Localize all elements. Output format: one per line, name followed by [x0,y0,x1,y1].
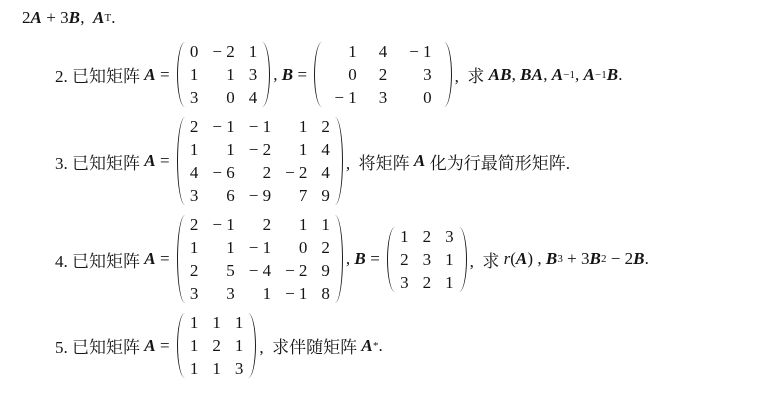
matrix-row: 4− 62− 24 [186,161,334,184]
matrix-cell: 1 [278,138,314,161]
text-run: 4. 已知矩阵 [55,247,144,272]
left-paren [387,227,396,292]
matrix-row: 36− 979 [186,184,334,207]
text-run: − 2 [607,249,634,269]
matrix-cell: 1 [278,213,314,236]
text-run: A [414,151,426,171]
matrix-cell: 2 [186,259,206,282]
matrix-cell: − 2 [242,138,278,161]
matrix-cell: − 1 [242,236,278,259]
matrix-cell: 3 [205,282,241,305]
matrix-row: 11− 102 [186,236,334,259]
matrix-cell: − 1 [323,86,367,109]
matrix-cell: 1 [205,357,228,380]
matrix-cell: 1 [205,236,241,259]
text-run: = [156,65,174,85]
text-run: A [361,336,373,356]
matrix-cell: 1 [228,311,248,334]
matrix-cell: 2 [396,248,416,271]
text-run: 3. 已知矩阵 [55,149,144,174]
matrix-cell: − 1 [242,115,278,138]
problem-3: 3. 已知矩阵 A = 2− 1− 11211− 2144− 62− 2436−… [55,115,752,207]
matrix-cell: 2 [416,271,439,294]
matrix-cell: 1 [242,282,278,305]
matrix-body: 111121113 [186,311,248,380]
matrix-cell: 1 [186,63,206,86]
right-paren [247,313,256,378]
matrix-cell: − 2 [278,259,314,282]
matrix-cell: 3 [368,86,399,109]
text-run: , [80,8,93,28]
problem-2: 2. 已知矩阵 A = 0− 21113304, B = 14− 1023− 1… [55,40,752,109]
text-run: + 3 [563,249,590,269]
matrix-cell: 1 [314,213,334,236]
matrix-cell: 4 [368,40,399,63]
text-run: = [293,65,311,85]
matrix-cell: 3 [396,271,416,294]
text-run: = [156,249,174,269]
intro-line: 2A + 3B, AT. [22,8,752,28]
text-run: 2 [22,8,31,28]
matrix-body: 0− 21113304 [186,40,261,109]
matrix-row: 113 [186,357,248,380]
text-run: = [156,336,174,356]
matrix-cell: 4 [314,161,334,184]
matrix: 0− 21113304 [177,40,270,109]
text-run: . [378,336,382,356]
matrix-cell: 2 [314,236,334,259]
problem-4: 4. 已知矩阵 A = 2− 121111− 10225− 4− 29331− … [55,213,752,305]
matrix-cell: 2 [186,115,206,138]
matrix-cell: 2 [368,63,399,86]
matrix-cell: 6 [205,184,241,207]
matrix-cell: 0 [398,86,442,109]
text-run: 2. 已知矩阵 [55,62,144,87]
matrix-cell: 1 [438,248,458,271]
matrix-row: 25− 4− 29 [186,259,334,282]
matrix-cell: − 9 [242,184,278,207]
text-run: 5. 已知矩阵 [55,333,144,358]
matrix-row: 231 [396,248,458,271]
right-paren [334,215,343,303]
text-run: ) , [527,249,545,269]
matrix: 123231321 [387,225,467,294]
matrix-cell: 1 [242,40,262,63]
matrix-cell: 2 [314,115,334,138]
text-run: B [354,249,366,269]
text-run: A [144,151,156,171]
right-paren [458,227,467,292]
text-run: + 3 [42,8,69,28]
text-run: , [273,65,282,85]
matrix-row: 113 [186,63,261,86]
matrix-cell: 3 [186,282,206,305]
text-run: , [512,65,521,85]
matrix-row: 11− 214 [186,138,334,161]
text-run: A [93,8,105,28]
matrix-row: 023 [323,63,442,86]
matrix-cell: 7 [278,184,314,207]
matrix-row: 2− 1211 [186,213,334,236]
matrix-cell: 9 [314,259,334,282]
matrix-row: 121 [186,334,248,357]
matrix-cell: 1 [186,138,206,161]
left-paren [314,42,323,107]
matrix-row: 123 [396,225,458,248]
matrix-cell: − 6 [205,161,241,184]
matrix-cell: − 1 [278,282,314,305]
text-run: A [31,8,43,28]
right-paren [261,42,270,107]
left-paren [177,215,186,303]
matrix-row: 321 [396,271,458,294]
matrix-row: 111 [186,311,248,334]
matrix-row: 331− 18 [186,282,334,305]
matrix-cell: − 1 [205,115,241,138]
matrix-cell: 1 [438,271,458,294]
matrix: 14− 1023− 130 [314,40,451,109]
matrix-cell: 1 [396,225,416,248]
matrix-cell: 3 [186,184,206,207]
text-run: B [282,65,294,85]
matrix-cell: − 1 [398,40,442,63]
right-paren [334,117,343,205]
left-paren [177,42,186,107]
matrix-cell: − 2 [278,161,314,184]
matrix-body: 14− 1023− 130 [323,40,442,109]
matrix-cell: 1 [278,115,314,138]
text-run: , 求 [455,62,489,87]
text-run: AB [489,65,512,85]
matrix-cell: 3 [242,63,262,86]
matrix-cell: − 1 [205,213,241,236]
text-run: A [583,65,595,85]
matrix-cell: − 2 [205,40,241,63]
matrix-cell: 1 [205,311,228,334]
matrix-cell: 1 [186,357,206,380]
text-run: A [144,65,156,85]
matrix-body: 2− 1− 11211− 2144− 62− 2436− 979 [186,115,334,207]
text-run: , 求 [470,247,504,272]
matrix-row: 0− 21 [186,40,261,63]
matrix-cell: 2 [242,161,278,184]
matrix-cell: 1 [186,334,206,357]
text-run: , 将矩阵 [346,149,414,174]
matrix-cell: 3 [228,357,248,380]
right-paren [443,42,452,107]
left-paren [177,117,186,205]
matrix-row: 14− 1 [323,40,442,63]
matrix-cell: 1 [205,63,241,86]
text-run: B [633,249,645,269]
matrix-cell: 3 [398,63,442,86]
text-run: 化为行最简形矩阵. [425,149,570,174]
text-run: B [69,8,81,28]
matrix-cell: 0 [205,86,241,109]
matrix-cell: 0 [323,63,367,86]
text-run: . [111,8,115,28]
matrix-cell: 0 [278,236,314,259]
text-run: A [144,249,156,269]
matrix-cell: 1 [228,334,248,357]
text-run: B [607,65,619,85]
problem-5: 5. 已知矩阵 A = 111121113, 求伴随矩阵 A*. [55,311,752,380]
matrix-cell: 4 [314,138,334,161]
matrix-cell: 3 [416,248,439,271]
text-run: A [516,249,528,269]
matrix-cell: 2 [242,213,278,236]
text-run: B [589,249,601,269]
matrix-cell: 2 [205,334,228,357]
matrix-cell: 1 [323,40,367,63]
text-run: A [552,65,564,85]
text-run: = [156,151,174,171]
matrix: 2− 121111− 10225− 4− 29331− 18 [177,213,343,305]
left-paren [177,313,186,378]
matrix-cell: 9 [314,184,334,207]
text-run: r [504,249,511,269]
text-run: , 求伴随矩阵 [259,333,361,358]
matrix-row: 304 [186,86,261,109]
matrix-body: 2− 121111− 10225− 4− 29331− 18 [186,213,334,305]
text-run: , [543,65,552,85]
text-run: = [366,249,384,269]
matrix-cell: 1 [186,311,206,334]
matrix-cell: 1 [186,236,206,259]
matrix-cell: 8 [314,282,334,305]
matrix-cell: 1 [205,138,241,161]
text-run: . [645,249,649,269]
matrix-cell: 2 [416,225,439,248]
matrix-row: 2− 1− 112 [186,115,334,138]
matrix-cell: 3 [438,225,458,248]
matrix-cell: 4 [242,86,262,109]
text-run: A [144,336,156,356]
matrix-cell: 2 [186,213,206,236]
text-run: . [618,65,622,85]
matrix-cell: 0 [186,40,206,63]
matrix-body: 123231321 [396,225,458,294]
matrix-cell: 3 [186,86,206,109]
matrix: 2− 1− 11211− 2144− 62− 2436− 979 [177,115,343,207]
matrix-cell: − 4 [242,259,278,282]
document: 2A + 3B, AT. 2. 已知矩阵 A = 0− 21113304, B … [0,0,760,380]
matrix-cell: 5 [205,259,241,282]
text-run: B [546,249,558,269]
text-run: BA [520,65,543,85]
matrix: 111121113 [177,311,257,380]
matrix-row: − 130 [323,86,442,109]
matrix-cell: 4 [186,161,206,184]
